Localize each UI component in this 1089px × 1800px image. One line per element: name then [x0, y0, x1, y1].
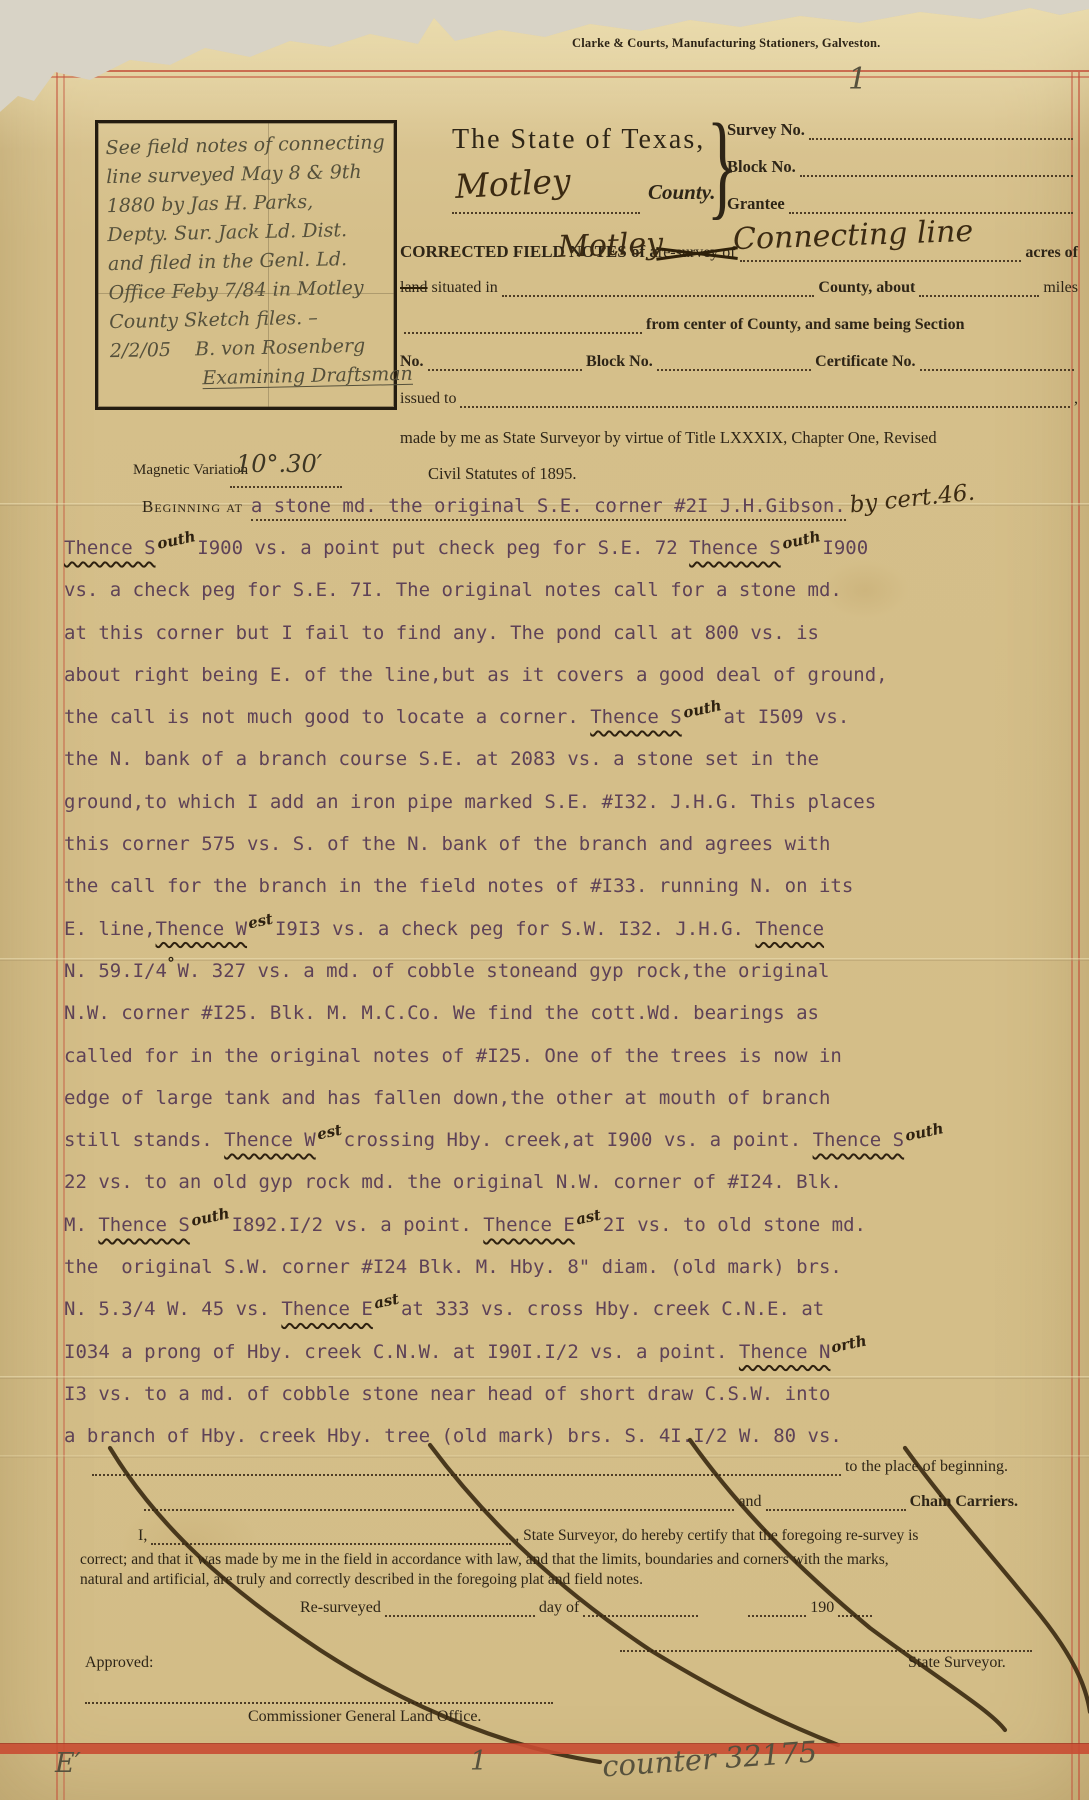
- handwritten-insertion: outh: [187, 1192, 234, 1241]
- approved-label: Approved:: [85, 1654, 153, 1672]
- pen-stroke: [905, 1448, 1089, 1712]
- typed-line: M. Thence SouthI892.I/2 vs. a point. The…: [64, 1204, 1074, 1246]
- resurveyed-label: Re-surveyed: [300, 1599, 381, 1617]
- land-label-struck: land: [400, 279, 428, 297]
- handwritten-insertion: outh: [679, 685, 726, 734]
- typed-segment: Thence W: [224, 1129, 316, 1151]
- paper-sheet: Clarke & Courts, Manufacturing Stationer…: [0, 0, 1089, 1800]
- state-surveyor-signature-blank: [620, 1648, 1032, 1652]
- typed-segment: M.: [64, 1214, 98, 1236]
- typed-segment: still stands.: [64, 1129, 224, 1151]
- month-blank: [748, 1602, 806, 1617]
- typed-segment: this corner 575 vs. S. of the N. bank of…: [64, 833, 830, 855]
- situated-blank: [502, 282, 815, 297]
- certificate-row: No. Block No. Certificate No.: [400, 353, 1078, 371]
- certify-line-2: correct; and that it was made by me in t…: [80, 1551, 1058, 1569]
- typed-segment: N. 59.I/4: [64, 960, 167, 982]
- scanned-document-page: Clarke & Courts, Manufacturing Stationer…: [0, 0, 1089, 1800]
- typed-segment: edge of large tank and has fallen down,t…: [64, 1087, 830, 1109]
- typed-line: still stands. Thence Westcrossing Hby. c…: [64, 1119, 1074, 1161]
- from-center-label: from center of County, and same being Se…: [646, 316, 965, 334]
- block-no-field: Block No.: [727, 157, 1077, 177]
- day-of-label: day of: [539, 1599, 579, 1617]
- typed-segment: Thence S: [689, 537, 781, 559]
- block-no-blank: [800, 162, 1073, 177]
- resurvey-of-struck: re-survey of: [658, 244, 736, 262]
- typed-segment: I892.I/2 vs. a point.: [232, 1214, 484, 1236]
- typed-segment: ground,to which I add an iron pipe marke…: [64, 791, 876, 813]
- state-title: The State of Texas,: [452, 124, 705, 156]
- typed-segment: 2I vs. to old stone md.: [603, 1214, 866, 1236]
- typed-line: called for in the original notes of #I25…: [64, 1035, 1074, 1077]
- typed-segment: Thence S: [813, 1129, 905, 1151]
- typed-line: ground,to which I add an iron pipe marke…: [64, 781, 1074, 823]
- miles-label: miles: [1043, 279, 1078, 297]
- commissioner-signature-blank: [85, 1700, 553, 1704]
- typed-line: the call for the branch in the field not…: [64, 865, 1074, 907]
- year-blank: [838, 1602, 872, 1617]
- typed-segment: called for in the original notes of #I25…: [64, 1045, 842, 1067]
- beginning-annotation: by cert.46.: [848, 480, 976, 519]
- magnetic-variation-blank: [230, 484, 342, 488]
- typed-segment: Thence: [755, 918, 824, 940]
- typed-field-notes: Thence SouthI900 vs. a point put check p…: [64, 527, 1074, 1458]
- typed-segment: Thence W: [156, 918, 248, 940]
- typed-segment: crossing Hby. creek,at I900 vs. a point.: [344, 1129, 813, 1151]
- typed-segment: Thence S: [590, 706, 682, 728]
- red-rule-left: [56, 72, 58, 1800]
- red-band-bottom: [0, 1743, 1089, 1754]
- and-label: and: [738, 1493, 761, 1511]
- block-no-label: Block No.: [727, 157, 796, 177]
- state-surveyor-label: State Surveyor.: [908, 1654, 1006, 1672]
- typed-segment: N. 5.3/4 W. 45 vs.: [64, 1298, 281, 1320]
- typed-segment: I9I3 vs. a check peg for S.W. I32. J.H.G…: [275, 918, 755, 940]
- red-rule-top: [0, 70, 1089, 72]
- beginning-label: Beginning at: [142, 497, 243, 516]
- stationer-imprint: Clarke & Courts, Manufacturing Stationer…: [572, 36, 881, 51]
- civil-statutes-line: Civil Statutes of 1895.: [428, 464, 577, 484]
- handwritten-insertion: outh: [778, 515, 825, 564]
- typed-segment: I900: [822, 537, 868, 559]
- made-by-line: made by me as State Surveyor by virtue o…: [400, 428, 937, 448]
- certificate-no-label: Certificate No.: [815, 353, 915, 371]
- typed-line: the call is not much good to locate a co…: [64, 696, 1074, 738]
- typed-segment: at I509 vs.: [723, 706, 849, 728]
- typed-line: I034 a prong of Hby. creek C.N.W. at I90…: [64, 1331, 1074, 1373]
- typed-line: Thence SouthI900 vs. a point put check p…: [64, 527, 1074, 569]
- typed-segment: I034 a prong of Hby. creek C.N.W. at I90…: [64, 1341, 739, 1363]
- grantee-field: Grantee: [727, 194, 1077, 214]
- county-handwritten: Motley: [454, 161, 572, 206]
- certify-line-3: natural and artificial, are truly and co…: [80, 1571, 780, 1589]
- acres-blank: [740, 247, 1022, 262]
- carrier-blank-1: [144, 1496, 734, 1511]
- typed-segment: 22 vs. to an old gyp rock md. the origin…: [64, 1171, 842, 1193]
- typed-segment: Thence N: [739, 1341, 831, 1363]
- bottom-center-mark: 1: [470, 1746, 487, 1777]
- typed-segment: E. line,: [64, 918, 156, 940]
- certify-row: I, , State Surveyor, do hereby certify t…: [138, 1527, 1038, 1545]
- issued-to-row: issued to ,: [400, 390, 1078, 408]
- miles-blank: [919, 282, 1039, 297]
- page-number: 1: [848, 62, 867, 97]
- typed-segment: vs. a check peg for S.E. 7I. The origina…: [64, 579, 842, 601]
- corner-note-box: See field notes of connectingline survey…: [95, 120, 397, 410]
- typed-segment: I3 vs. to a md. of cobble stone near hea…: [64, 1383, 830, 1405]
- typed-line: I3 vs. to a md. of cobble stone near hea…: [64, 1373, 1074, 1415]
- typed-line: the N. bank of a branch course S.E. at 2…: [64, 738, 1074, 780]
- no-blank: [428, 356, 582, 371]
- typed-line: N. 59.I/4°W. 327 vs. a md. of cobble sto…: [64, 950, 1074, 992]
- typed-segment: Thence E: [483, 1214, 575, 1236]
- typed-segment: Thence E: [281, 1298, 373, 1320]
- typed-line: vs. a check peg for S.E. 7I. The origina…: [64, 569, 1074, 611]
- year-prefix: 190: [810, 1599, 834, 1617]
- block-no-label-2: Block No.: [586, 353, 653, 371]
- counter-number: counter 32175: [601, 1735, 818, 1784]
- to-place-label: to the place of beginning.: [845, 1458, 1008, 1476]
- from-center-row: from center of County, and same being Se…: [400, 316, 1078, 334]
- typed-line: the original S.W. corner #I24 Blk. M. Hb…: [64, 1246, 1074, 1288]
- typed-line: E. line,Thence WestI9I3 vs. a check peg …: [64, 908, 1074, 950]
- situated-in-label: situated in: [432, 279, 498, 297]
- typed-segment: the original S.W. corner #I24 Blk. M. Hb…: [64, 1256, 842, 1278]
- issued-comma: ,: [1074, 390, 1078, 408]
- certify-tail: , State Surveyor, do hereby certify that…: [515, 1527, 918, 1545]
- typed-segment: Thence S: [98, 1214, 190, 1236]
- beginning-typed-text: a stone md. the original S.E. corner #2I…: [251, 495, 846, 521]
- situated-county-handwritten: Motley: [557, 226, 663, 265]
- situated-row: land situated in County, about miles: [400, 279, 1078, 297]
- commissioner-label: Commissioner General Land Office.: [248, 1708, 481, 1726]
- corrected-row: CORRECTED FIELD NOTES of a re-survey of …: [400, 242, 1078, 262]
- bottom-left-mark: E′: [55, 1748, 81, 1779]
- handwritten-insertion: outh: [153, 515, 200, 564]
- i-label: I,: [138, 1527, 147, 1545]
- typed-line: about right being E. of the line,but as …: [64, 654, 1074, 696]
- typed-segment: W. 327 vs. a md. of cobble stoneand gyp …: [177, 960, 829, 982]
- red-rule-top-2: [0, 76, 1089, 78]
- issued-to-label: issued to: [400, 390, 456, 408]
- acres-of-label: acres of: [1025, 244, 1078, 262]
- grantee-blank: [789, 199, 1073, 214]
- issued-to-blank: [460, 393, 1070, 408]
- chain-carriers-row: and Chain Carriers.: [140, 1493, 1018, 1511]
- typed-segment: a branch of Hby. creek Hby. tree (old ma…: [64, 1425, 842, 1447]
- survey-no-label: Survey No.: [727, 120, 805, 140]
- typed-line: N. 5.3/4 W. 45 vs. Thence Eastat 333 vs.…: [64, 1288, 1074, 1330]
- closing-blank: [92, 1461, 841, 1476]
- beginning-row: Beginning ata stone md. the original S.E…: [142, 492, 1082, 518]
- no-label: No.: [400, 353, 424, 371]
- typed-segment: about right being E. of the line,but as …: [64, 664, 888, 686]
- survey-no-field: Survey No.: [727, 120, 1077, 140]
- corner-note-text: See field notes of connectingline survey…: [105, 128, 410, 395]
- typed-line: at this corner but I fail to find any. T…: [64, 612, 1074, 654]
- carrier-blank-2: [766, 1496, 906, 1511]
- typed-segment: the N. bank of a branch course S.E. at 2…: [64, 748, 819, 770]
- typed-segment: Thence S: [64, 537, 156, 559]
- surveyor-name-blank: [151, 1530, 511, 1545]
- typed-segment: at 333 vs. cross Hby. creek C.N.E. at: [401, 1298, 824, 1320]
- magnetic-variation-label: Magnetic Variation: [133, 462, 248, 479]
- magnetic-variation-value: 10°.30′: [236, 450, 322, 478]
- day-blank: [583, 1602, 698, 1617]
- distance-blank: [404, 319, 642, 334]
- county-about-label: County, about: [818, 279, 915, 297]
- block-no-blank-2: [657, 356, 811, 371]
- typed-segment: N.W. corner #I25. Blk. M. M.C.Co. We fin…: [64, 1002, 819, 1024]
- typed-line: this corner 575 vs. S. of the N. bank of…: [64, 823, 1074, 865]
- typed-line: a branch of Hby. creek Hby. tree (old ma…: [64, 1415, 1074, 1457]
- grantee-label: Grantee: [727, 194, 785, 214]
- place-of-beginning-row: to the place of beginning.: [88, 1458, 1008, 1476]
- typed-segment: at this corner but I fail to find any. T…: [64, 622, 819, 644]
- red-rule-right-2: [1078, 72, 1080, 1800]
- typed-segment: the call for the branch in the field not…: [64, 875, 853, 897]
- chain-carriers-label: Chain Carriers.: [910, 1493, 1018, 1511]
- survey-no-blank: [809, 125, 1073, 140]
- county-label: County.: [648, 180, 716, 205]
- typed-segment: the call is not much good to locate a co…: [64, 706, 590, 728]
- typed-segment: I900 vs. a point put check peg for S.E. …: [197, 537, 689, 559]
- resurveyed-row: Re-surveyed day of 190: [300, 1599, 945, 1617]
- certificate-no-blank: [920, 356, 1074, 371]
- typed-line: N.W. corner #I25. Blk. M. M.C.Co. We fin…: [64, 992, 1074, 1034]
- county-blank-line: [452, 210, 640, 214]
- resurveyed-blank: [385, 1602, 535, 1617]
